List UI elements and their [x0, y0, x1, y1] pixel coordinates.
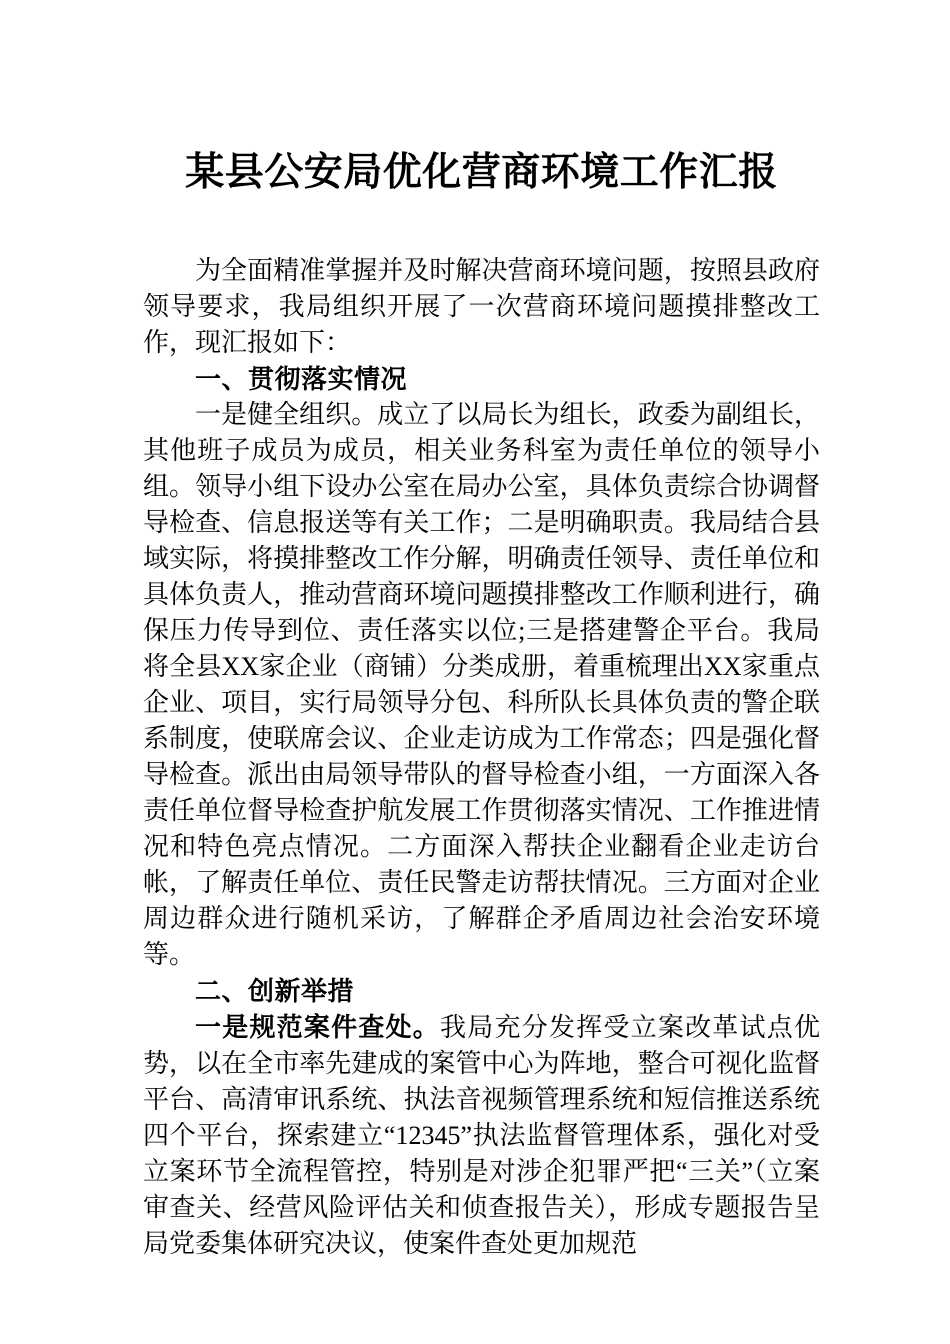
intro-paragraph: 为全面精准掌握并及时解决营商环境问题，按照县政府领导要求，我局组织开展了一次营商…: [143, 253, 820, 361]
section-2-paragraph: 一是规范案件查处。我局充分发挥受立案改革试点优势，以在全市率先建成的案管中心为阵…: [143, 1009, 820, 1262]
document-title: 某县公安局优化营商环境工作汇报: [143, 148, 820, 197]
section-1-paragraph: 一是健全组织。成立了以局长为组长，政委为副组长，其他班子成员为成员，相关业务科室…: [143, 397, 820, 973]
section-1-heading: 一、贯彻落实情况: [143, 361, 820, 397]
document-page: 某县公安局优化营商环境工作汇报 为全面精准掌握并及时解决营商环境问题，按照县政府…: [0, 0, 950, 1344]
section-2-paragraph-bold-lead: 一是规范案件查处。: [195, 1012, 440, 1042]
section-2-paragraph-body-text: 我局充分发挥受立案改革试点优势，以在全市率先建成的案管中心为阵地，整合可视化监督…: [143, 1013, 820, 1258]
section-2-heading: 二、创新举措: [143, 973, 820, 1009]
